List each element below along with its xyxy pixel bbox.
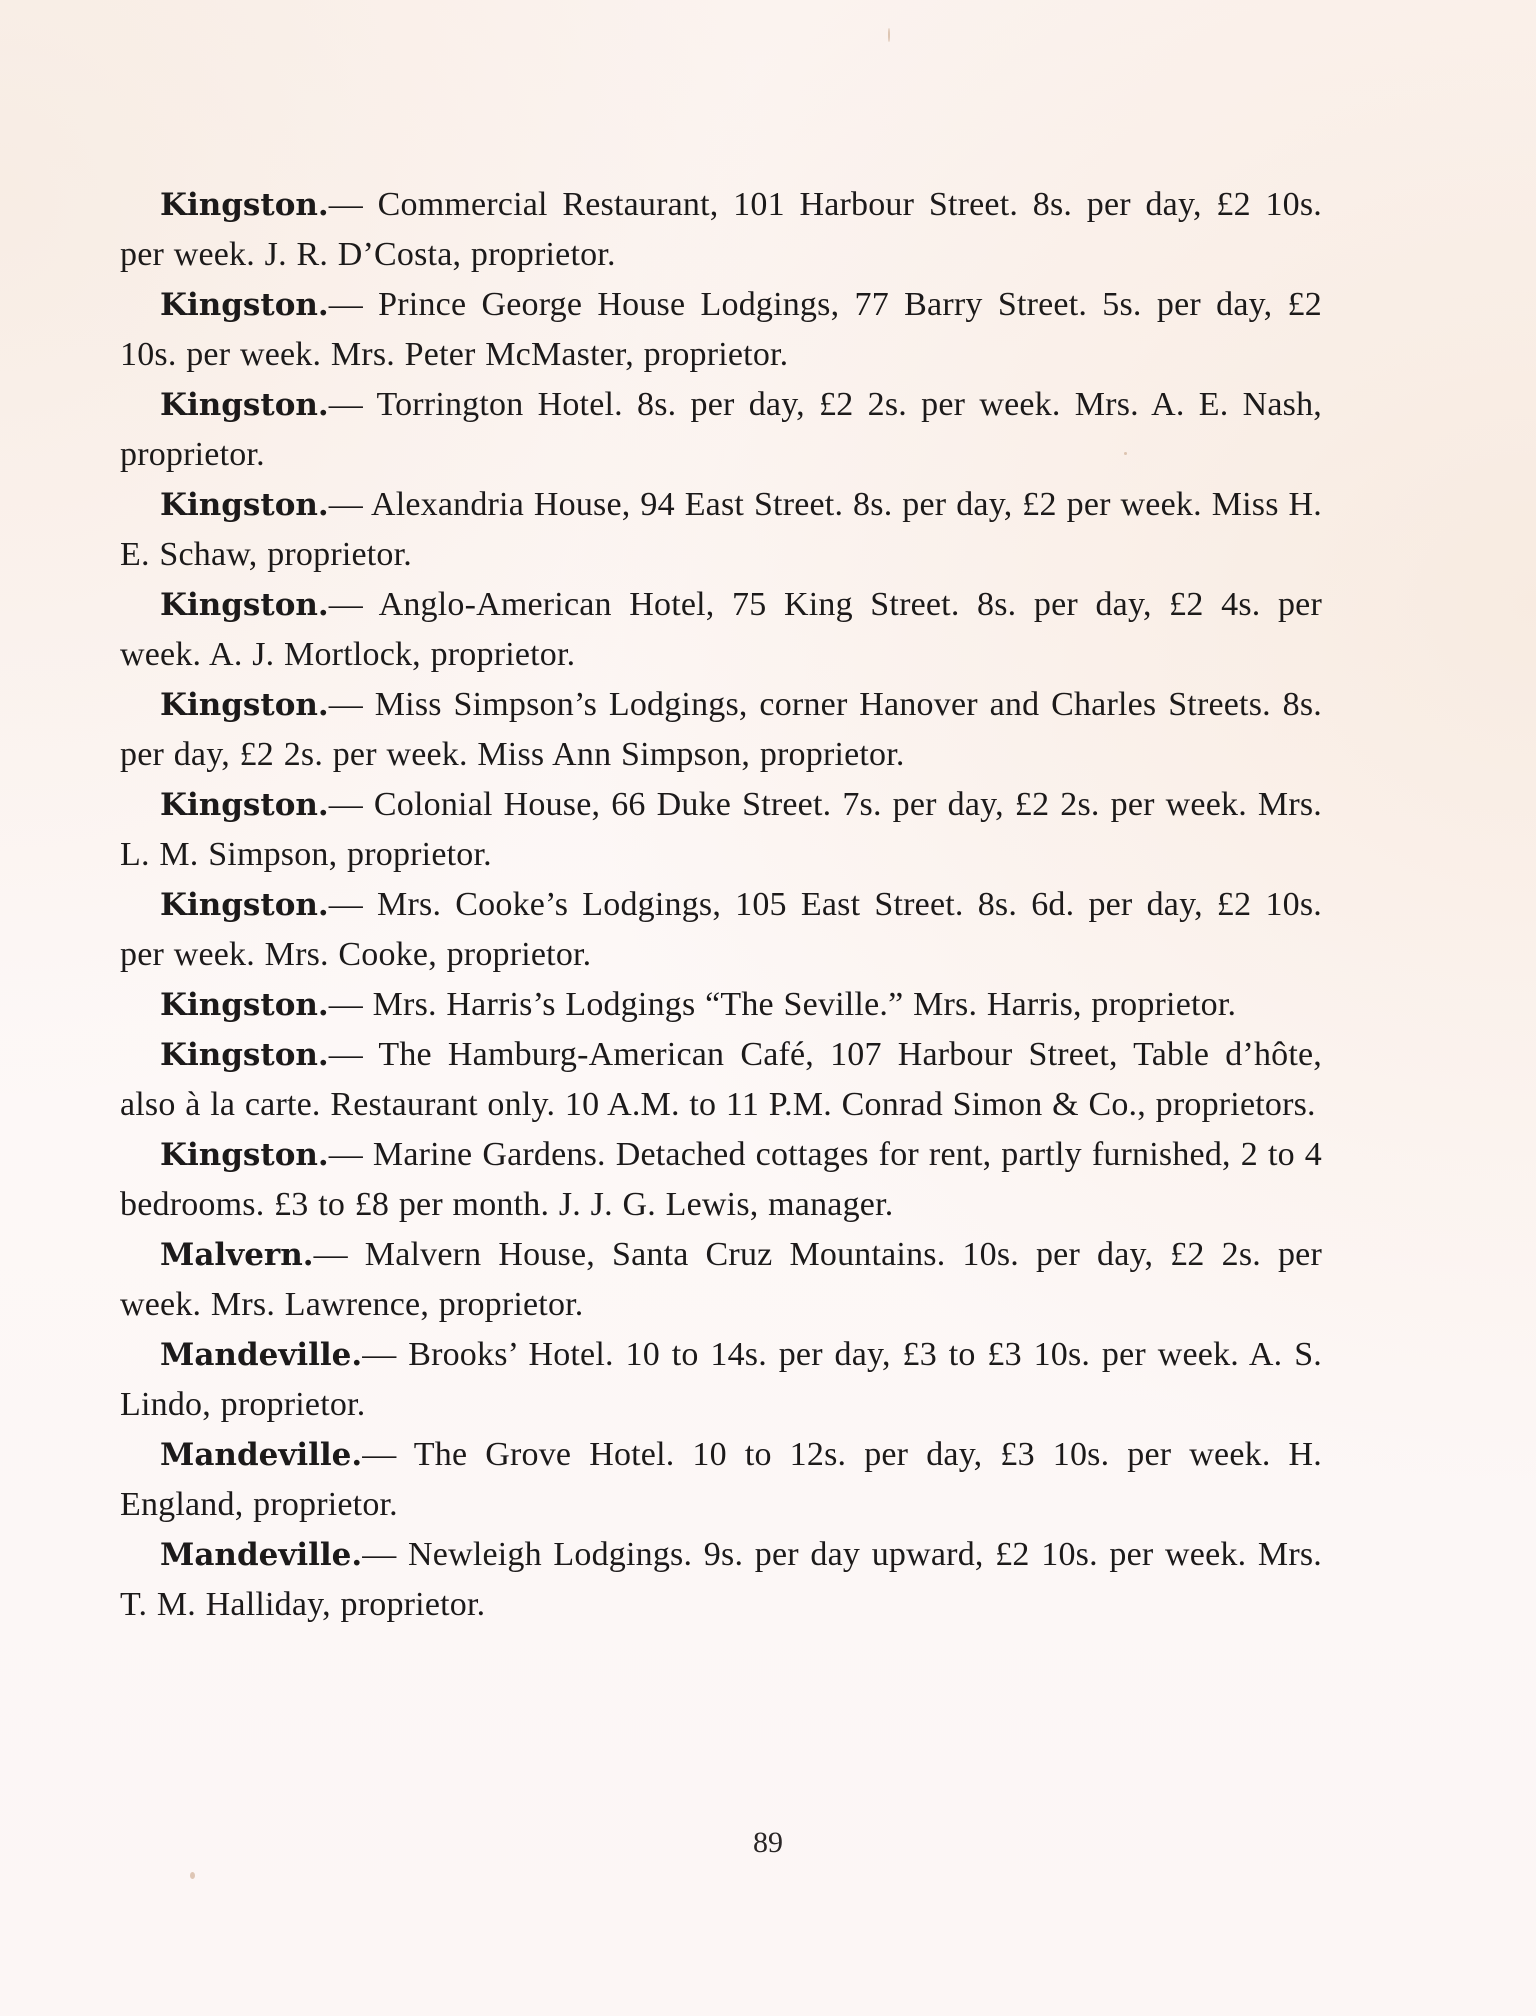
- place-name: Kingston.: [160, 687, 329, 723]
- listing-entry: Kingston.— The Hamburg-American Café, 10…: [120, 1030, 1322, 1130]
- listing-entry: Kingston.— Torrington Hotel. 8s. per day…: [120, 380, 1322, 480]
- listing-entry: Malvern.— Malvern House, Santa Cruz Moun…: [120, 1230, 1322, 1330]
- place-name: Malvern.: [160, 1237, 314, 1273]
- place-name: Kingston.: [160, 787, 329, 823]
- listing-entry: Mandeville.— The Grove Hotel. 10 to 12s.…: [120, 1430, 1322, 1530]
- place-name: Kingston.: [160, 987, 329, 1023]
- place-name: Kingston.: [160, 1137, 329, 1173]
- place-name: Kingston.: [160, 287, 329, 323]
- place-name: Mandeville.: [160, 1537, 362, 1573]
- listing-entry: Kingston.— Alexandria House, 94 East Str…: [120, 480, 1322, 580]
- place-name: Mandeville.: [160, 1337, 362, 1373]
- listing-page: Kingston.— Commercial Restaurant, 101 Ha…: [120, 180, 1322, 1630]
- paper-speck-decoration: [888, 28, 890, 42]
- page-number: 89: [0, 1826, 1536, 1860]
- paper-speck-decoration: [1124, 452, 1127, 455]
- entry-text: — Mrs. Harris’s Lodgings “The Seville.” …: [329, 986, 1236, 1023]
- place-name: Kingston.: [160, 1037, 329, 1073]
- listing-entry: Mandeville.— Newleigh Lodgings. 9s. per …: [120, 1530, 1322, 1630]
- listing-entry: Kingston.— Marine Gardens. Detached cott…: [120, 1130, 1322, 1230]
- listing-entry: Kingston.— Miss Simpson’s Lodgings, corn…: [120, 680, 1322, 780]
- listing-entry: Kingston.— Commercial Restaurant, 101 Ha…: [120, 180, 1322, 280]
- place-name: Kingston.: [160, 887, 329, 923]
- listing-entry: Kingston.— Prince George House Lodgings,…: [120, 280, 1322, 380]
- listing-entry: Kingston.— Mrs. Cooke’s Lodgings, 105 Ea…: [120, 880, 1322, 980]
- place-name: Kingston.: [160, 387, 329, 423]
- paper-speck-decoration: [190, 1872, 195, 1879]
- listing-entry: Kingston.— Anglo-American Hotel, 75 King…: [120, 580, 1322, 680]
- listing-entry: Kingston.— Mrs. Harris’s Lodgings “The S…: [120, 980, 1322, 1030]
- place-name: Mandeville.: [160, 1437, 362, 1473]
- listing-entry: Mandeville.— Brooks’ Hotel. 10 to 14s. p…: [120, 1330, 1322, 1430]
- place-name: Kingston.: [160, 187, 329, 223]
- place-name: Kingston.: [160, 587, 329, 623]
- listing-entry: Kingston.— Colonial House, 66 Duke Stree…: [120, 780, 1322, 880]
- place-name: Kingston.: [160, 487, 329, 523]
